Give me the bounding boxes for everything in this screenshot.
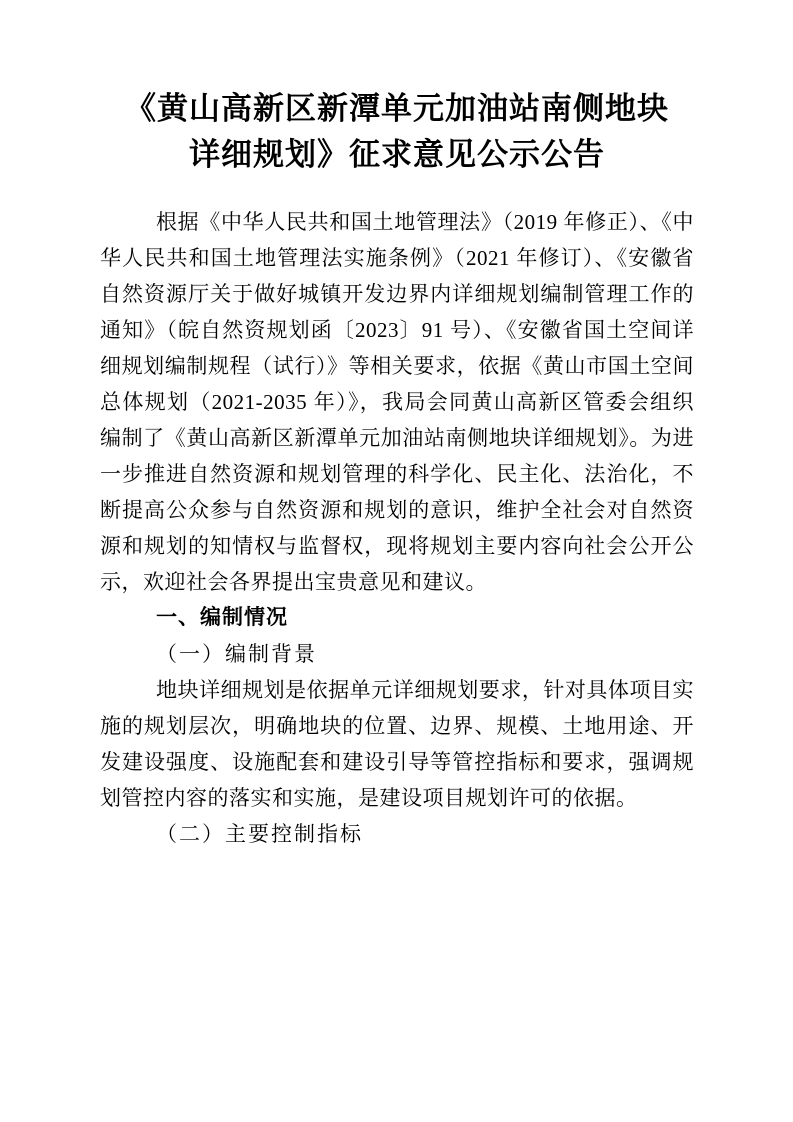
section-1-sub-1-heading: （一）编制背景 — [100, 636, 694, 672]
document-page: 《黄山高新区新潭单元加油站南侧地块 详细规划》征求意见公示公告 根据《中华人民共… — [0, 0, 793, 1122]
section-1-heading: 一、编制情况 — [100, 600, 694, 636]
document-title-line-1: 《黄山高新区新潭单元加油站南侧地块 — [100, 86, 694, 132]
intro-paragraph: 根据《中华人民共和国土地管理法》（2019 年修正）、《中华人民共和国土地管理法… — [100, 204, 694, 600]
document-title-line-2: 详细规划》征求意见公示公告 — [100, 132, 694, 178]
document-title: 《黄山高新区新潭单元加油站南侧地块 详细规划》征求意见公示公告 — [100, 86, 694, 178]
section-1-sub-2-heading: （二）主要控制指标 — [100, 816, 694, 852]
section-1-sub-1-body: 地块详细规划是依据单元详细规划要求，针对具体项目实施的规划层次，明确地块的位置、… — [100, 672, 694, 816]
